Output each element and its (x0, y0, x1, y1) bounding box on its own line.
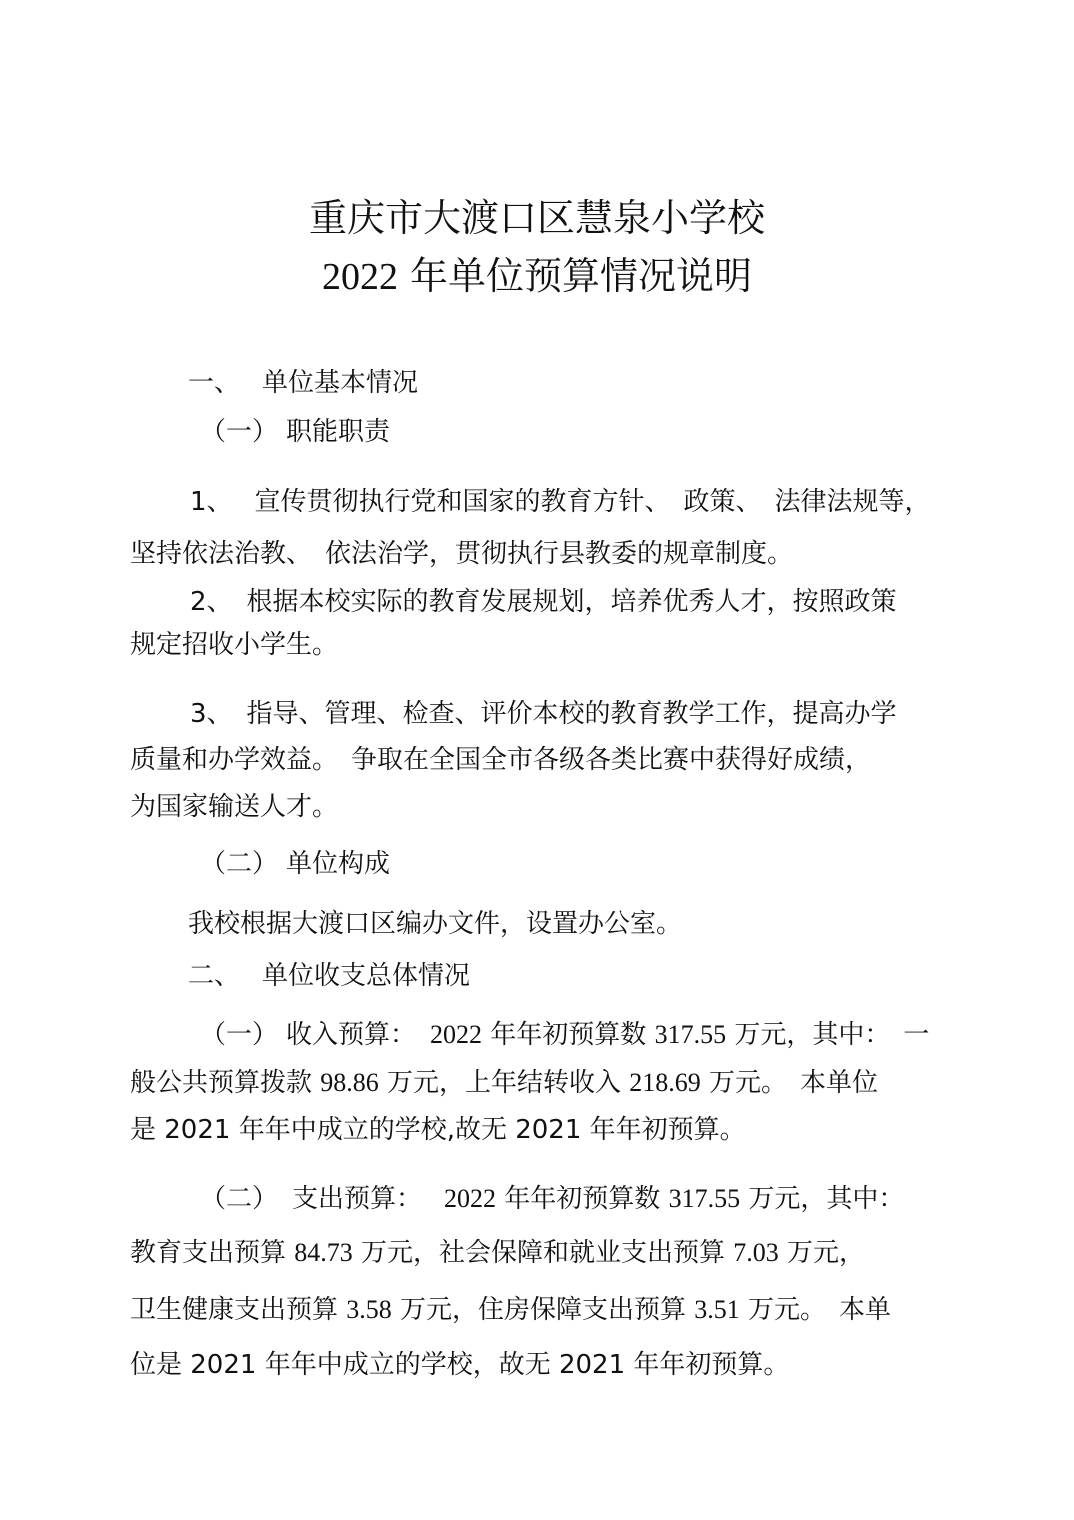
expense-text-6: 卫生健康支出预算 (130, 1295, 346, 1325)
income-marker: （一） (200, 1020, 278, 1050)
expense-text-7: 万元，住房保障支出预算 (392, 1295, 695, 1325)
expense-budget-line1: （二）支出预算：2022 年年初预算数 317.55 万元，其中： (200, 1182, 904, 1216)
subsection-structure-marker: （二） (200, 849, 278, 879)
title-year: 2022 (322, 256, 398, 298)
document-title-line2: 2022 年单位预算情况说明 (0, 252, 1074, 301)
expense-text-5: 万元， (779, 1238, 865, 1268)
subsection-functions-marker: （一） (200, 417, 278, 447)
section1-marker: 一、 (188, 368, 240, 398)
income-text-3: 般公共预算拨款 (130, 1068, 320, 1098)
expense-housing: 3.51 (694, 1295, 740, 1324)
income-year: 2022 (430, 1020, 482, 1049)
function-item-1-marker: 1、 (190, 487, 233, 517)
section2-title: 单位收支总体情况 (262, 961, 470, 991)
income-text-5: 万元。 本单位 (701, 1068, 878, 1098)
section1-heading: 一、单位基本情况 (188, 366, 418, 400)
expense-year: 2022 (444, 1184, 496, 1213)
income-text-2: 万元，其中： 一 (726, 1020, 929, 1050)
function-item-3-text: 指导、管理、检查、评价本校的教育教学工作，提高办学 (247, 699, 897, 729)
function-item-1-line2: 坚持依法治教、 依法治学，贯彻执行县教委的规章制度。 (130, 537, 793, 571)
expense-text-4: 万元，社会保障和就业支出预算 (353, 1238, 734, 1268)
subsection-functions-title: 职能职责 (286, 417, 390, 447)
function-item-2-text: 根据本校实际的教育发展规划，培养优秀人才，按照政策 (247, 587, 897, 617)
subsection-functions-heading: （一）职能职责 (200, 415, 390, 449)
function-item-1-line1: 1、宣传贯彻执行党和国家的教育方针、 政策、 法律法规等， (190, 485, 931, 519)
section1-title: 单位基本情况 (262, 368, 418, 398)
function-item-3-line3: 为国家输送人才。 (130, 790, 338, 824)
income-general-public: 98.86 (320, 1068, 379, 1097)
expense-total: 317.55 (669, 1184, 741, 1213)
income-text-1: 年年初预算数 (482, 1020, 655, 1050)
expense-label: 支出预算： (292, 1184, 422, 1214)
function-item-3-line2: 质量和办学效益。 争取在全国全市各级各类比赛中获得好成绩， (130, 743, 871, 777)
expense-budget-line3: 卫生健康支出预算 3.58 万元，住房保障支出预算 3.51 万元。 本单 (130, 1293, 891, 1327)
income-budget-line3: 是 2021 年年中成立的学校,故无 2021 年年初预算。 (130, 1113, 746, 1147)
structure-text: 我校根据大渡口区编办文件，设置办公室。 (188, 907, 682, 941)
function-item-2-line2: 规定招收小学生。 (130, 628, 338, 662)
section2-marker: 二、 (188, 961, 240, 991)
function-item-1-text: 宣传贯彻执行党和国家的教育方针、 政策、 法律法规等， (255, 487, 931, 517)
expense-health: 3.58 (346, 1295, 392, 1324)
expense-social-security: 7.03 (733, 1238, 779, 1267)
expense-education: 84.73 (294, 1238, 353, 1267)
expense-text-3: 教育支出预算 (130, 1238, 294, 1268)
expense-budget-line2: 教育支出预算 84.73 万元，社会保障和就业支出预算 7.03 万元， (130, 1236, 865, 1270)
income-budget-line1: （一）收入预算：2022 年年初预算数 317.55 万元，其中： 一 (200, 1018, 929, 1052)
title-line2-text: 年单位预算情况说明 (398, 254, 752, 298)
income-text-4: 万元，上年结转收入 (379, 1068, 630, 1098)
subsection-structure-title: 单位构成 (286, 849, 390, 879)
subsection-structure-heading: （二）单位构成 (200, 847, 390, 881)
expense-text-8: 万元。 本单 (740, 1295, 891, 1325)
section2-heading: 二、单位收支总体情况 (188, 959, 470, 993)
function-item-2-line1: 2、根据本校实际的教育发展规划，培养优秀人才，按照政策 (190, 585, 897, 619)
income-total: 317.55 (655, 1020, 727, 1049)
function-item-3-line1: 3、指导、管理、检查、评价本校的教育教学工作，提高办学 (190, 697, 897, 731)
function-item-3-marker: 3、 (190, 699, 233, 729)
document-title-line1: 重庆市大渡口区慧泉小学校 (0, 194, 1074, 242)
expense-text-1: 年年初预算数 (496, 1184, 669, 1214)
income-budget-line2: 般公共预算拨款 98.86 万元，上年结转收入 218.69 万元。 本单位 (130, 1066, 878, 1100)
income-label: 收入预算： (286, 1020, 416, 1050)
expense-marker: （二） (200, 1184, 278, 1214)
document-page: 重庆市大渡口区慧泉小学校 2022 年单位预算情况说明 一、单位基本情况 （一）… (0, 0, 1074, 1520)
expense-budget-line4: 位是 2021 年年中成立的学校，故无 2021 年年初预算。 (130, 1348, 789, 1382)
expense-text-2: 万元，其中： (740, 1184, 904, 1214)
function-item-2-marker: 2、 (190, 587, 233, 617)
income-carryover: 218.69 (629, 1068, 701, 1097)
